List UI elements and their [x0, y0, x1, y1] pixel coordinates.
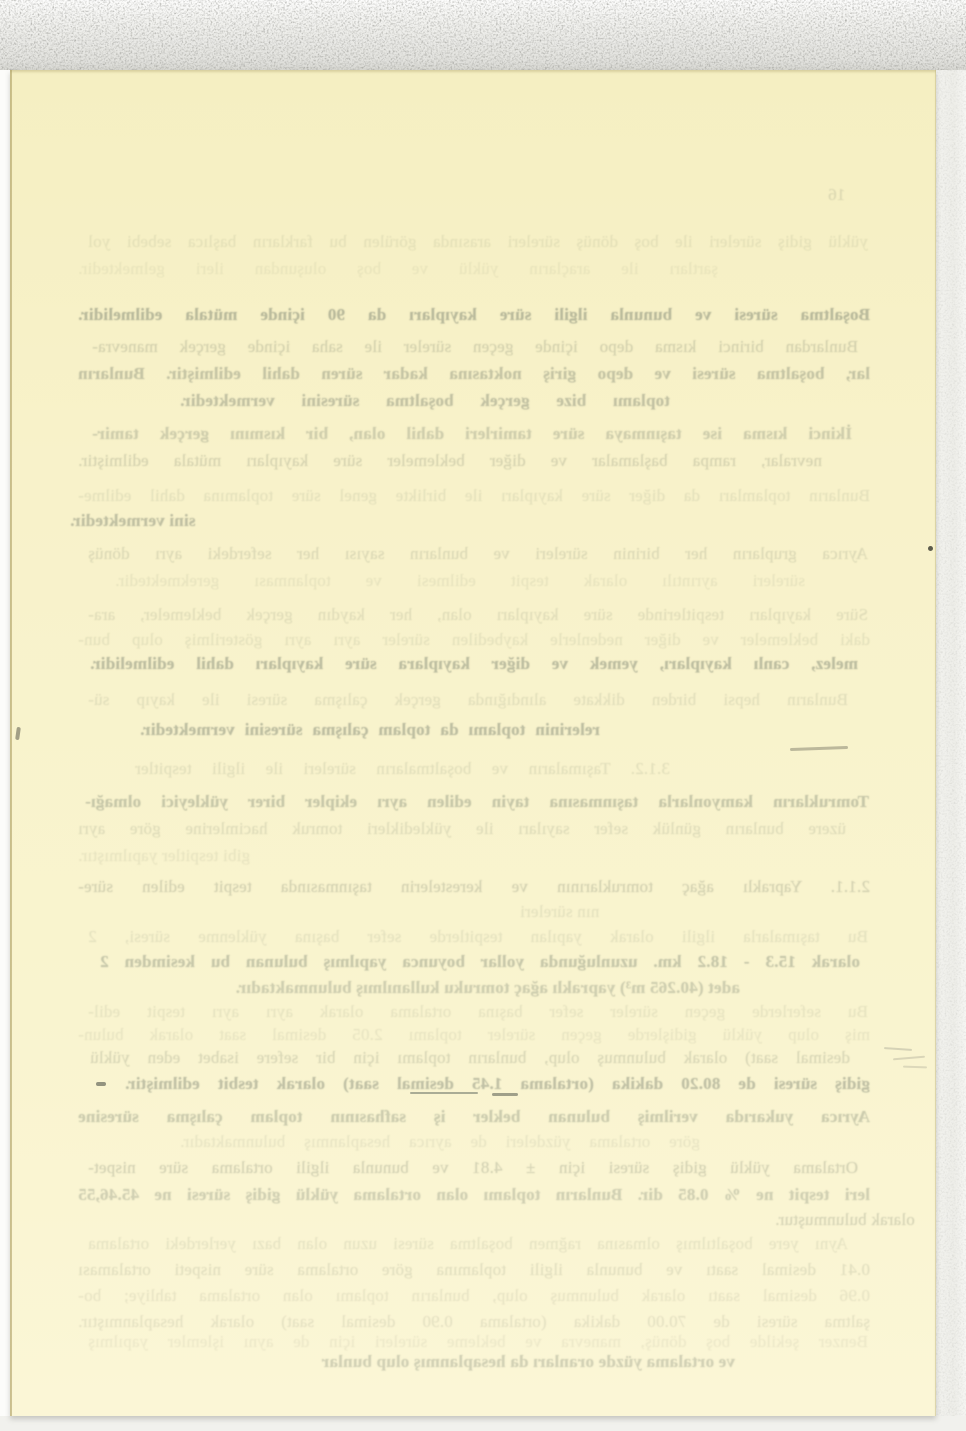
text-line: melez, canlı kayıpları, yemek ve diğer k… — [90, 652, 858, 675]
text-line: Boşaltma süresi ve bununla ilgili süre k… — [78, 303, 870, 326]
text-line: Bunlardan birinci kısma depo içinde geçe… — [92, 335, 858, 358]
text-line: daki beklemeler ve diğer nedenlerle kayb… — [78, 628, 870, 651]
text-line: leri tespit ne % 0.85 dir. Bunların topl… — [78, 1183, 870, 1206]
text-line: süreleri ayrıntılı olarak tespit edilmes… — [115, 569, 805, 592]
text-line: 2.1.1. Yapraklı ağaç tomruklarının ve ke… — [78, 875, 870, 898]
text-line: Ayrıca yukarıda verilmiş bulunan bekler … — [78, 1105, 870, 1128]
text-line: üzere bunların günlük sefer sayıları ile… — [78, 817, 846, 840]
text-line: Ayrıca grupların her birinin süreleri ve… — [88, 542, 868, 565]
text-line: desimal saat) olarak bulunmuş olup, bunl… — [90, 1046, 850, 1069]
text-line: 0.41 desimal saatı ve bununla ilgili top… — [78, 1258, 870, 1281]
text-line: Bunların toplamları da diğer süre kayıpl… — [78, 484, 870, 507]
text-line: toplamı bize gerçek boşaltma süresini ve… — [180, 389, 670, 412]
text-line: relerinin toplamı da toplam çalışma süre… — [140, 718, 600, 741]
text-line: 0.96 desimal saatı olarak bulunmuş olup,… — [78, 1284, 870, 1307]
text-line: şartları ile araçların yüklü ve boş oluş… — [78, 257, 718, 280]
text-line: miş olup yüklü gidişlerde geçen süreler … — [78, 1023, 870, 1046]
text-line: olarak 15.3 - 18.2 km. uzunluğunda yolla… — [100, 950, 860, 973]
text-lines: 16yüklü gidiş süreleri ile boş dönüş sür… — [0, 0, 966, 1431]
text-line: göre ortalama yüzdeleri de ayrıca hesapl… — [180, 1130, 700, 1153]
text-line: nevralar, rampa başlamalar ve diğer bekl… — [78, 449, 822, 472]
text-line: Bu taşımalarla ilgili olarak yapılan tes… — [88, 925, 868, 948]
text-line: gibi tespitler yapılmıştır. — [78, 844, 250, 867]
text-line: ve ortalama yüzde oranları da hesaplanmı… — [355, 1350, 735, 1373]
text-line: Aynı yere boşaltılmış olmasına rağmen bo… — [88, 1232, 848, 1255]
text-line: adet (40.265 m³) yapraklı ağaç tomruku k… — [275, 976, 740, 999]
text-line: olarak bulunmuştur. — [775, 1208, 915, 1231]
text-line: 16 — [828, 183, 845, 206]
lead-dash — [96, 1082, 106, 1086]
text-line: İkinci kısma ise taşınmaya süre tamirler… — [92, 422, 852, 445]
text-line: 3.1.2. Taşımaların ve boşaltmaların süre… — [135, 757, 670, 780]
text-line: sini vermektedir. — [70, 509, 196, 532]
text-line: nın süreleri — [520, 900, 599, 923]
text-line: Ortalama yüklü gidiş süresi için ± 4.81 … — [88, 1156, 858, 1179]
scanned-document-page: 16yüklü gidiş süreleri ile boş dönüş sür… — [0, 0, 966, 1431]
underline-b — [492, 1093, 518, 1096]
text-line: yüklü gidiş süreleri ile boş dönüş sürel… — [88, 230, 868, 253]
text-line: gidiş süresi de 80.20 dakika (ortalama 1… — [125, 1072, 870, 1095]
text-line: Bunların hepsi birden dikkate alındığınd… — [88, 688, 848, 711]
ink-dot — [928, 546, 933, 551]
text-line: Bu seferlerde geçen süreler sefer başına… — [88, 1000, 868, 1023]
underline-a — [410, 1092, 478, 1094]
text-line: Süre kayıpları tespitlerinde süre kayıpl… — [88, 603, 868, 626]
text-line: Tomrukların kamyonlarla taşınmasına tayi… — [85, 790, 869, 813]
text-line: lar, boşaltma süresi ve depo giriş nokta… — [78, 362, 870, 385]
